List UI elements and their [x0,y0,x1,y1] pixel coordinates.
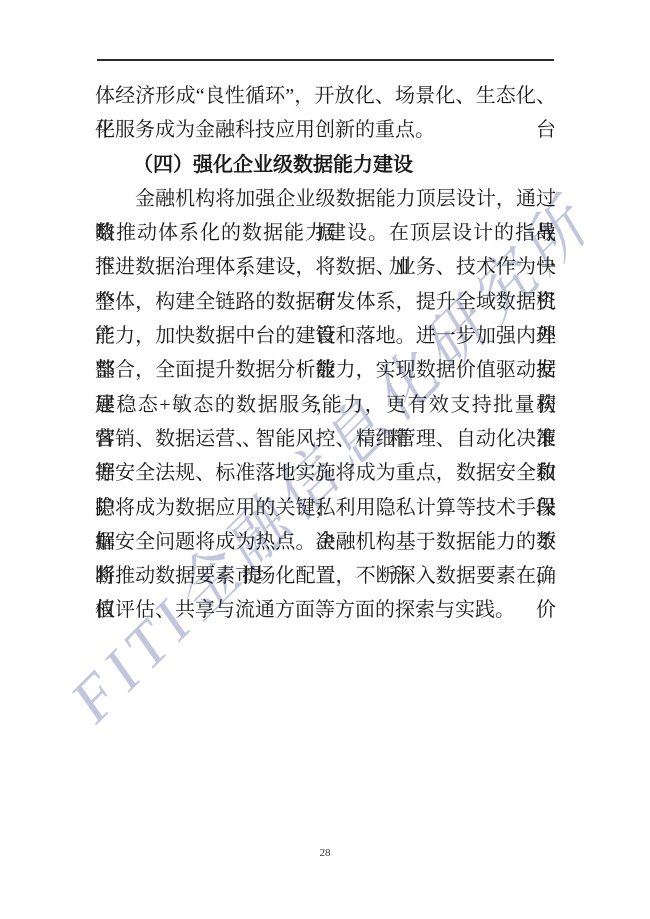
text-line: 能力，加快数据中台的建设和落地。进一步加强内外部数据 [95,319,556,353]
document-page: FITI金融信息化研究所 体经济形成“良性循环”，开放化、场景化、生态化、平台 … [0,0,650,919]
text-line: 推进数据治理体系建设，将数据、业务、技术作为一个有机 [95,250,556,284]
text-line: 护将成为数据应用的关键，利用隐私计算等技术手段解决数 [95,491,556,525]
text-line: 建稳态+敏态的数据服务能力，更有效支持批量获客、精准 [95,388,556,422]
text-line: 金融机构将加强企业级数据能力顶层设计，通过数据战 [95,182,556,216]
text-line: 据安全问题将成为热点。金融机构基于数据能力的不断提升， [95,525,556,559]
section-heading: （四）强化企业级数据能力建设 [95,148,556,182]
text-line: 整体，构建全链路的数据研发体系，提升全域数据资产管理 [95,285,556,319]
text-line: 体经济形成“良性循环”，开放化、场景化、生态化、平台 [95,79,556,113]
text-line: 略推动体系化的数据能力建设。在顶层设计的指导下，加快 [95,216,556,250]
text-line: 值评估、共享与流通方面等方面的探索与实践。 [95,593,556,627]
page-number: 28 [0,847,650,859]
text-line: 整合，全面提升数据分析能力，实现数据价值驱动发展，构 [95,353,556,387]
header-rule [97,59,554,61]
text-line: 将推动数据要素市场化配置，不断深入数据要素在确权、价 [95,559,556,593]
text-line: 营销、数据运营、智能风控、精细管理、自动化决策等。数 [95,422,556,456]
text-line: 据安全法规、标准落地实施将成为重点，数据安全和隐私保 [95,456,556,490]
body-text: 体经济形成“良性循环”，开放化、场景化、生态化、平台 化服务成为金融科技应用创新… [95,79,556,628]
